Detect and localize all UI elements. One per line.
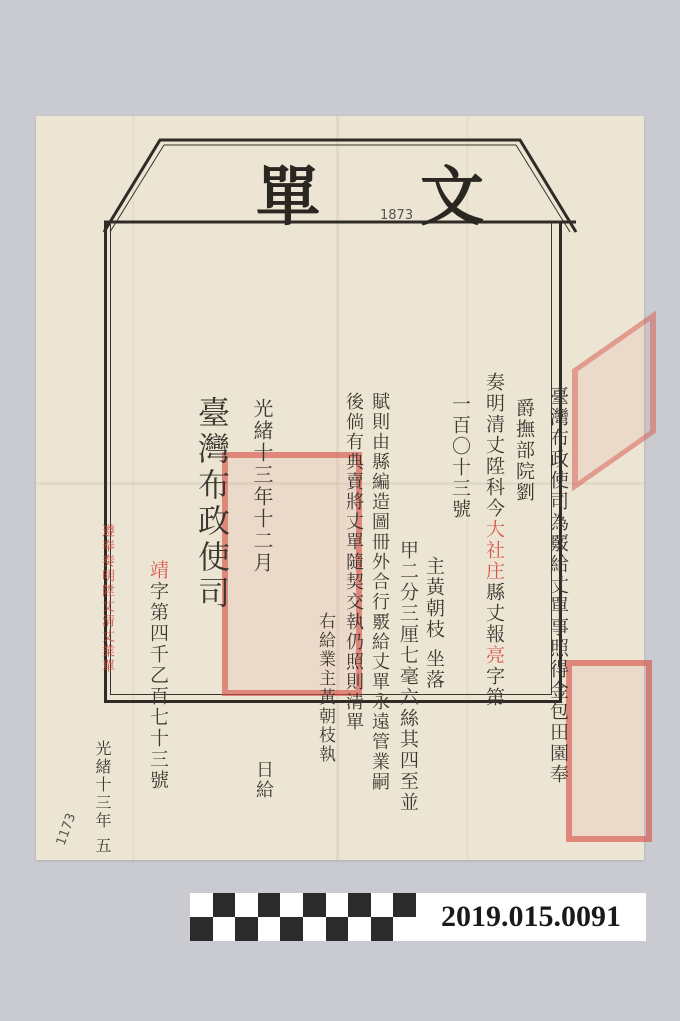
- accession-number: 2019.015.0091: [416, 893, 646, 941]
- main-text-column-3: 奏明清丈陞科今大社庄縣丈報亮字第: [484, 372, 503, 708]
- title-frame: [100, 136, 580, 236]
- main-text-column-8: 後倘有典賣將丈單隨契交執仍照則清單: [344, 392, 362, 732]
- date-column: 光緒十三年十二月: [252, 398, 272, 574]
- official-seal-center: [222, 452, 362, 696]
- signature-mark: 光緒十三年 五: [94, 740, 110, 855]
- serial-number-column: 靖字第四千乙百七十三號: [148, 560, 167, 791]
- recipient-column: 右給業主黃朝枝執: [316, 612, 333, 764]
- official-seal-right: [566, 660, 652, 842]
- accession-scale-ruler: 2019.015.0091: [190, 893, 646, 941]
- pencil-note-top: 1873: [380, 208, 413, 223]
- main-text-column-1: 臺灣布政使司為覈給丈單事照得金包田園奉: [548, 386, 567, 785]
- main-text-column-2: 爵撫部院劉: [514, 398, 533, 503]
- main-text-column-4: 一百〇十三號: [450, 394, 469, 520]
- main-text-column-6: 甲二分三厘七毫六絲其四至並: [398, 540, 417, 813]
- main-text-column-5: 主黃朝枝 坐落: [424, 556, 443, 690]
- issue-day-label: 日給: [254, 760, 272, 800]
- red-margin-note: 遵奉奏明陞丈清丈業單: [100, 524, 113, 674]
- checkerboard-scale: [190, 893, 416, 941]
- main-text-column-7: 賦則由縣編造圖冊外合行覈給丈單永遠管業嗣: [370, 392, 388, 792]
- issuer-column: 臺灣布政使司: [196, 396, 228, 612]
